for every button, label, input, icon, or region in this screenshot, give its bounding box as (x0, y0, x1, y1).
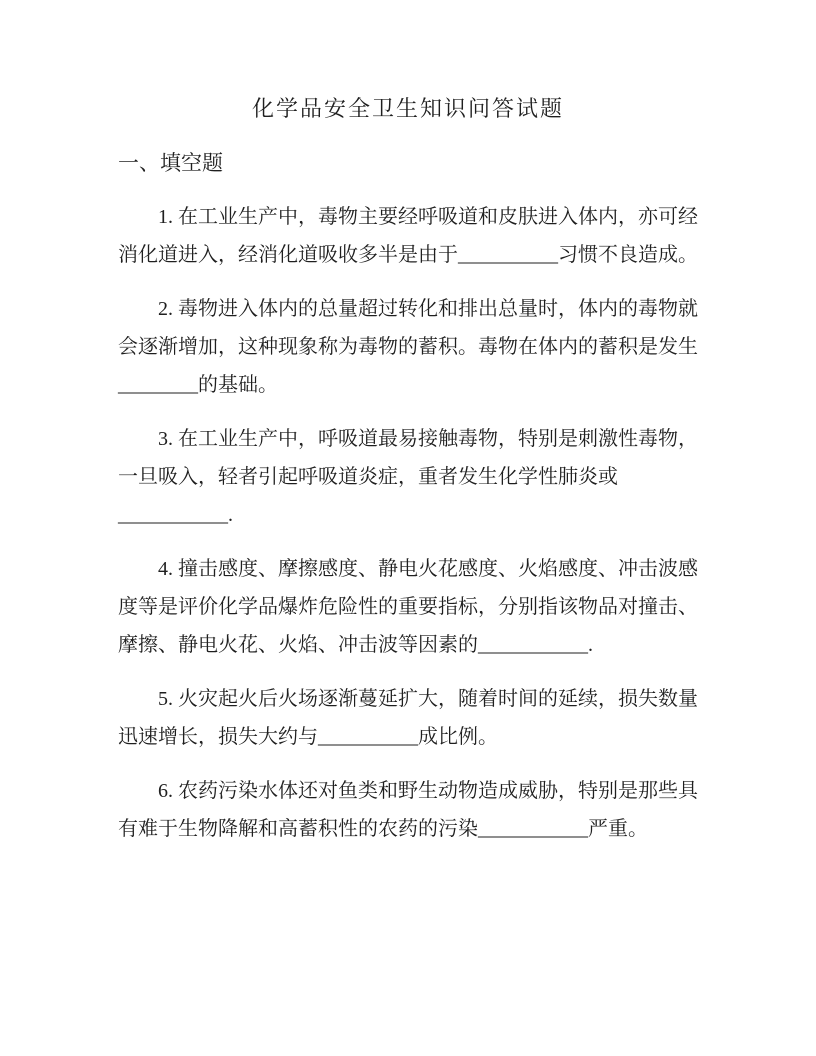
document-title: 化学品安全卫生知识问答试题 (118, 90, 698, 128)
question-1: 1. 在工业生产中，毒物主要经呼吸道和皮肤进入体内，亦可经消化道进入，经消化道吸… (118, 198, 698, 274)
section-heading-fill-in-blanks: 一、填空题 (118, 144, 698, 182)
question-2: 2. 毒物进入体内的总量超过转化和排出总量时，体内的毒物就会逐渐增加，这种现象称… (118, 290, 698, 404)
question-4: 4. 撞击感度、摩擦感度、静电火花感度、火焰感度、冲击波感度等是评价化学品爆炸危… (118, 550, 698, 664)
document-page: 化学品安全卫生知识问答试题 一、填空题 1. 在工业生产中，毒物主要经呼吸道和皮… (0, 0, 816, 1056)
question-3: 3. 在工业生产中，呼吸道最易接触毒物，特别是刺激性毒物，一旦吸入，轻者引起呼吸… (118, 420, 698, 534)
question-6: 6. 农药污染水体还对鱼类和野生动物造成威胁，特别是那些具有难于生物降解和高蓄积… (118, 772, 698, 848)
question-5: 5. 火灾起火后火场逐渐蔓延扩大，随着时间的延续，损失数量迅速增长，损失大约与_… (118, 680, 698, 756)
